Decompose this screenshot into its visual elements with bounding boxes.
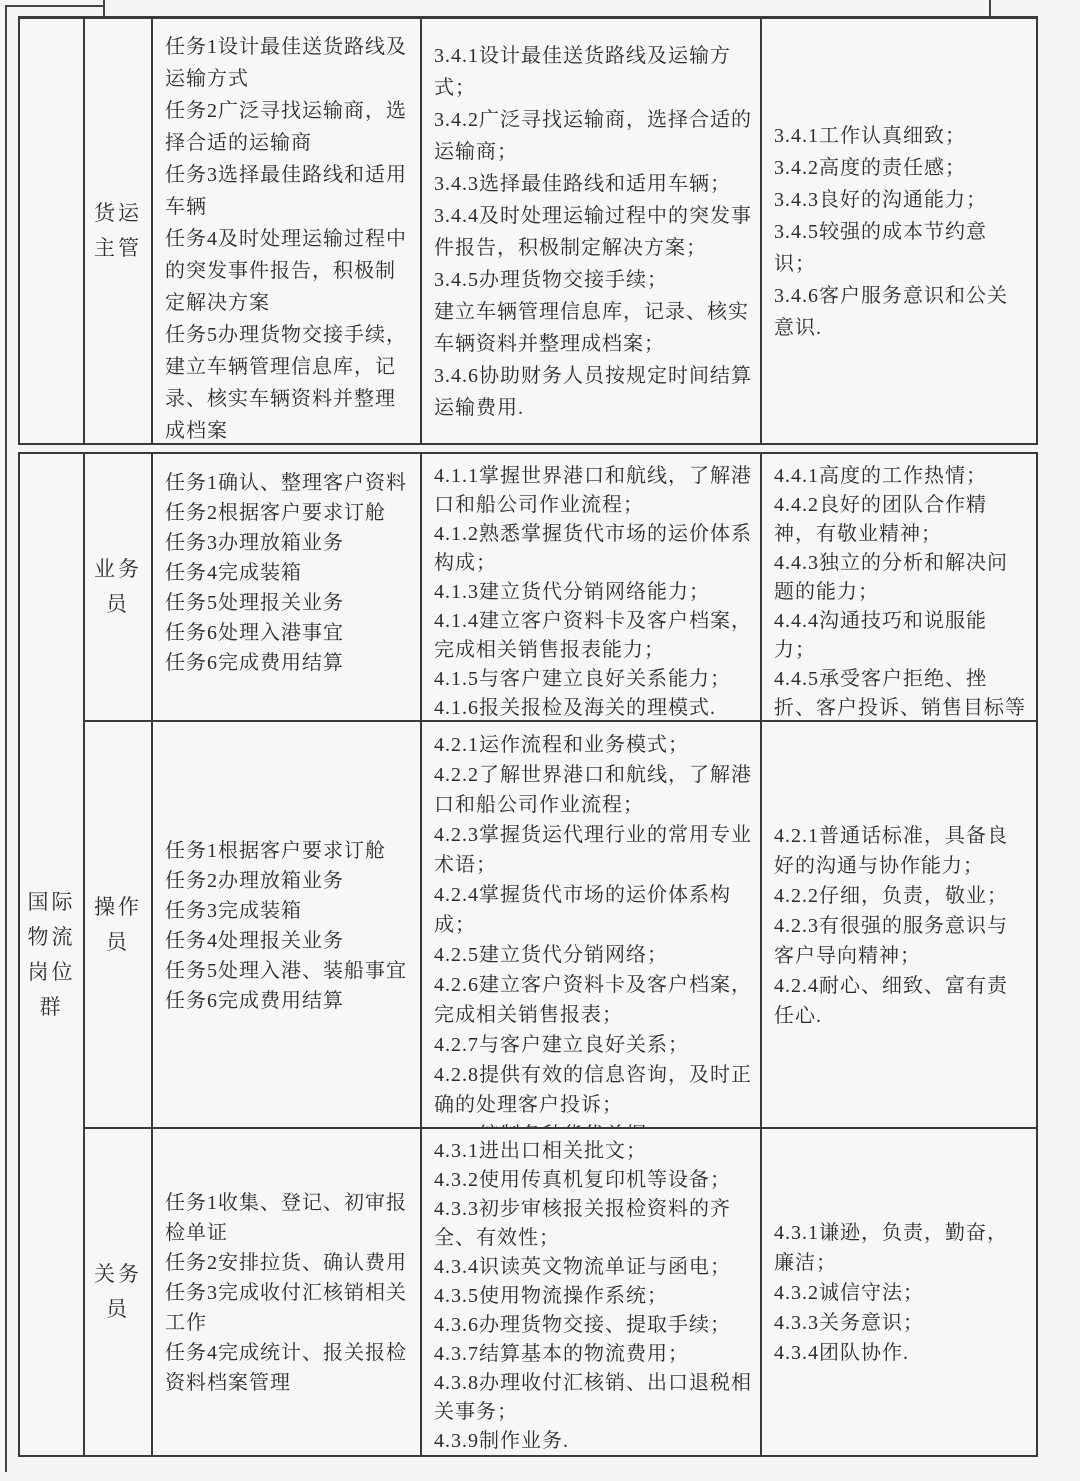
text-line: 任务5处理入港、装船事宜 (165, 956, 412, 986)
qualities-list: 4.3.1谦逊，负责，勤奋，廉洁；4.3.2诚信守法；4.3.3关务意识；4.3… (762, 1210, 1036, 1374)
job-table-section-intl-logistics: 国际物流岗位群 业务员 任务1确认、整理客户资料任务2根据客户要求订舱任务3办理… (18, 452, 1038, 1457)
text-line: 4.3.4识读英文物流单证与函电； (434, 1253, 752, 1282)
text-line: 4.3.3初步审核报关报检资料的齐全、有效性； (434, 1195, 752, 1253)
position-cell: 货运主管 (85, 19, 153, 443)
text-line: 4.4.2良好的团队合作精神，有敬业精神； (774, 491, 1028, 549)
skills-list: 4.3.1进出口相关批文；4.3.2使用传真机复印机等设备；4.3.3初步审核报… (422, 1129, 760, 1455)
text-line: 4.2.6建立客户资料卡及客户档案，完成相关销售报表； (434, 970, 752, 1030)
text-line: 任务1确认、整理客户资料 (165, 468, 412, 498)
text-line: 4.3.5使用物流操作系统； (434, 1282, 752, 1311)
text-line: 4.2.4掌握货代市场的运价体系构成； (434, 880, 752, 940)
text-line: 业务 (94, 552, 142, 587)
position-cell: 业务员 (85, 454, 153, 722)
group-cell: 国际物流岗位群 (20, 454, 85, 1455)
text-line: 4.2.8提供有效的信息咨询，及时正确的处理客户投诉； (434, 1060, 752, 1120)
text-line: 4.2.7与客户建立良好关系； (434, 1030, 752, 1060)
qualities-cell: 4.4.1高度的工作热情；4.4.2良好的团队合作精神，有敬业精神；4.4.3独… (762, 454, 1036, 722)
tasks-cell: 任务1设计最佳送货路线及运输方式任务2广泛寻找运输商，选择合适的运输商任务3选择… (153, 19, 422, 443)
text-line: 关务 (94, 1257, 142, 1292)
text-line: 4.2.5建立货代分销网络； (434, 940, 752, 970)
text-line: 3.4.1工作认真细致； (774, 120, 1028, 152)
text-line: 4.2.3有很强的服务意识与客户导向精神； (774, 911, 1028, 971)
text-line: 3.4.3选择最佳路线和适用车辆； (434, 168, 752, 200)
text-line: 3.4.3良好的沟通能力； (774, 184, 1028, 216)
text-line: 任务1收集、登记、初审报检单证 (165, 1188, 412, 1248)
tasks-cell: 任务1收集、登记、初审报检单证任务2安排拉货、确认费用任务3完成收付汇核销相关工… (153, 1129, 422, 1455)
tasks-list: 任务1确认、整理客户资料任务2根据客户要求订舱任务3办理放箱业务任务4完成装箱任… (153, 454, 420, 684)
text-line: 4.4.1高度的工作热情； (774, 462, 1028, 491)
tasks-list: 任务1设计最佳送货路线及运输方式任务2广泛寻找运输商，选择合适的运输商任务3选择… (153, 19, 420, 443)
text-line: 4.3.1进出口相关批文； (434, 1137, 752, 1166)
position-cell: 操作员 (85, 722, 153, 1129)
text-line: 任务4处理报关业务 (165, 926, 412, 956)
text-line: 4.3.2诚信守法； (774, 1278, 1028, 1308)
tasks-cell: 任务1根据客户要求订舱任务2办理放箱业务任务3完成装箱任务4处理报关业务任务5处… (153, 722, 422, 1129)
text-line: 任务6处理入港事宜 (165, 618, 412, 648)
text-line: 4.2.3掌握货运代理行业的常用专业术语； (434, 820, 752, 880)
text-line: 3.4.2高度的责任感； (774, 152, 1028, 184)
tasks-list: 任务1根据客户要求订舱任务2办理放箱业务任务3完成装箱任务4处理报关业务任务5处… (153, 828, 420, 1022)
text-line: 3.4.2广泛寻找运输商，选择合适的运输商； (434, 104, 752, 168)
text-line: 4.3.8办理收付汇核销、出口退税相关事务； (434, 1369, 752, 1427)
text-line: 任务3办理放箱业务 (165, 528, 412, 558)
text-line: 任务2根据客户要求订舱 (165, 498, 412, 528)
text-line: 任务5办理货物交接手续，建立车辆管理信息库，记录、核实车辆资料并整理成档案 (165, 319, 412, 443)
text-line: 4.1.2熟悉掌握货代市场的运价体系构成； (434, 520, 752, 578)
qualities-list: 4.2.1普通话标准，具备良好的沟通与协作能力；4.2.2仔细，负责，敬业；4.… (762, 813, 1036, 1037)
text-line: 任务6完成费用结算 (165, 986, 412, 1016)
qualities-cell: 4.3.1谦逊，负责，勤奋，廉洁；4.3.2诚信守法；4.3.3关务意识；4.3… (762, 1129, 1036, 1455)
text-line: 任务2广泛寻找运输商，选择合适的运输商 (165, 95, 412, 159)
text-line: 4.4.3独立的分析和解决问题的能力； (774, 549, 1028, 607)
text-line: 4.3.7结算基本的物流费用； (434, 1340, 752, 1369)
qualities-cell: 4.2.1普通话标准，具备良好的沟通与协作能力；4.2.2仔细，负责，敬业；4.… (762, 722, 1036, 1129)
qualities-list: 4.4.1高度的工作热情；4.4.2良好的团队合作精神，有敬业精神；4.4.3独… (762, 454, 1036, 722)
text-line: 任务5处理报关业务 (165, 588, 412, 618)
text-line: 物流 (28, 920, 76, 955)
text-line: 任务2办理放箱业务 (165, 866, 412, 896)
text-line: 员 (106, 1292, 130, 1327)
text-line: 任务3选择最佳路线和适用车辆 (165, 159, 412, 223)
text-line: 4.3.6办理货物交接、提取手续； (434, 1311, 752, 1340)
text-line: 任务4完成统计、报关报检资料档案管理 (165, 1338, 412, 1398)
text-line: 任务2安排拉货、确认费用 (165, 1248, 412, 1278)
text-line: 4.2.2仔细，负责，敬业； (774, 881, 1028, 911)
text-line: 国际 (28, 885, 76, 920)
skills-list: 3.4.1设计最佳送货路线及运输方式；3.4.2广泛寻找运输商，选择合适的运输商… (422, 32, 760, 430)
text-line: 4.2.1普通话标准，具备良好的沟通与协作能力； (774, 821, 1028, 881)
text-line: 任务4完成装箱 (165, 558, 412, 588)
text-line: 4.1.4建立客户资料卡及客户档案，完成相关销售报表能力； (434, 607, 752, 665)
skills-list: 4.1.1掌握世界港口和航线，了解港口和船公司作业流程；4.1.2熟悉掌握货代市… (422, 454, 760, 722)
text-line: 3.4.6客户服务意识和公关意识. (774, 280, 1028, 344)
skills-cell: 4.2.1运作流程和业务模式；4.2.2了解世界港口和航线，了解港口和船公司作业… (422, 722, 762, 1129)
text-line: 4.3.2使用传真机复印机等设备； (434, 1166, 752, 1195)
text-line: 3.4.5较强的成本节约意识； (774, 216, 1028, 280)
text-line: 任务3完成收付汇核销相关工作 (165, 1278, 412, 1338)
text-line: 4.3.1谦逊，负责，勤奋，廉洁； (774, 1218, 1028, 1278)
text-line: 4.2.1运作流程和业务模式； (434, 730, 752, 760)
skills-list: 4.2.1运作流程和业务模式；4.2.2了解世界港口和航线，了解港口和船公司作业… (422, 722, 760, 1129)
text-line: 任务1设计最佳送货路线及运输方式 (165, 31, 412, 95)
text-line: 4.4.4沟通技巧和说服能力； (774, 607, 1028, 665)
text-line: 任务3完成装箱 (165, 896, 412, 926)
text-line: 员 (106, 587, 130, 622)
previous-row-border-remnant (5, 5, 105, 7)
text-line: 3.4.1设计最佳送货路线及运输方式； (434, 40, 752, 104)
text-line: 4.3.3关务意识； (774, 1308, 1028, 1338)
skills-cell: 4.1.1掌握世界港口和航线，了解港口和船公司作业流程；4.1.2熟悉掌握货代市… (422, 454, 762, 722)
text-line: 任务4及时处理运输过程中的突发事件报告，积极制定解决方案 (165, 223, 412, 319)
text-line: 操作 (94, 890, 142, 925)
qualities-list: 3.4.1工作认真细致；3.4.2高度的责任感；3.4.3良好的沟通能力；3.4… (762, 112, 1036, 350)
text-line: 主管 (94, 231, 142, 266)
text-line: 员 (106, 925, 130, 960)
text-line: 4.1.6报关报检及海关的理模式. (434, 694, 752, 722)
text-line: 货运 (94, 196, 142, 231)
group-cell-empty (20, 19, 85, 443)
text-line: 4.2.4耐心、细致、富有责任心. (774, 971, 1028, 1031)
page-edge-line (5, 5, 7, 1472)
text-line: 3.4.6协助财务人员按规定时间结算运输费用. (434, 360, 752, 424)
text-line: 3.4.5办理货物交接手续； (434, 264, 752, 296)
qualities-cell: 3.4.1工作认真细致；3.4.2高度的责任感；3.4.3良好的沟通能力；3.4… (762, 19, 1036, 443)
text-line: 岗位 (28, 955, 76, 990)
position-cell: 关务员 (85, 1129, 153, 1455)
text-line: 4.2.9编制各种货代单据. (434, 1120, 752, 1129)
text-line: 4.1.1掌握世界港口和航线，了解港口和船公司作业流程； (434, 462, 752, 520)
text-line: 4.4.5承受客户拒绝、挫折、客户投诉、销售目标等销售压力. (774, 665, 1028, 722)
tasks-cell: 任务1确认、整理客户资料任务2根据客户要求订舱任务3办理放箱业务任务4完成装箱任… (153, 454, 422, 722)
text-line: 建立车辆管理信息库，记录、核实车辆资料并整理成档案； (434, 296, 752, 360)
text-line: 任务1根据客户要求订舱 (165, 836, 412, 866)
text-line: 任务6完成费用结算 (165, 648, 412, 678)
text-line: 3.4.4及时处理运输过程中的突发事件报告，积极制定解决方案； (434, 200, 752, 264)
skills-cell: 4.3.1进出口相关批文；4.3.2使用传真机复印机等设备；4.3.3初步审核报… (422, 1129, 762, 1455)
text-line: 4.3.9制作业务. (434, 1427, 752, 1455)
tasks-list: 任务1收集、登记、初审报检单证任务2安排拉货、确认费用任务3完成收付汇核销相关工… (153, 1180, 420, 1404)
job-table-section-freight-supervisor: 货运主管 任务1设计最佳送货路线及运输方式任务2广泛寻找运输商，选择合适的运输商… (18, 16, 1038, 445)
text-line: 4.3.4团队协作. (774, 1338, 1028, 1368)
text-line: 4.1.5与客户建立良好关系能力； (434, 665, 752, 694)
text-line: 4.1.3建立货代分销网络能力； (434, 578, 752, 607)
text-line: 4.2.2了解世界港口和航线，了解港口和船公司作业流程； (434, 760, 752, 820)
skills-cell: 3.4.1设计最佳送货路线及运输方式；3.4.2广泛寻找运输商，选择合适的运输商… (422, 19, 762, 443)
text-line: 群 (40, 990, 64, 1025)
